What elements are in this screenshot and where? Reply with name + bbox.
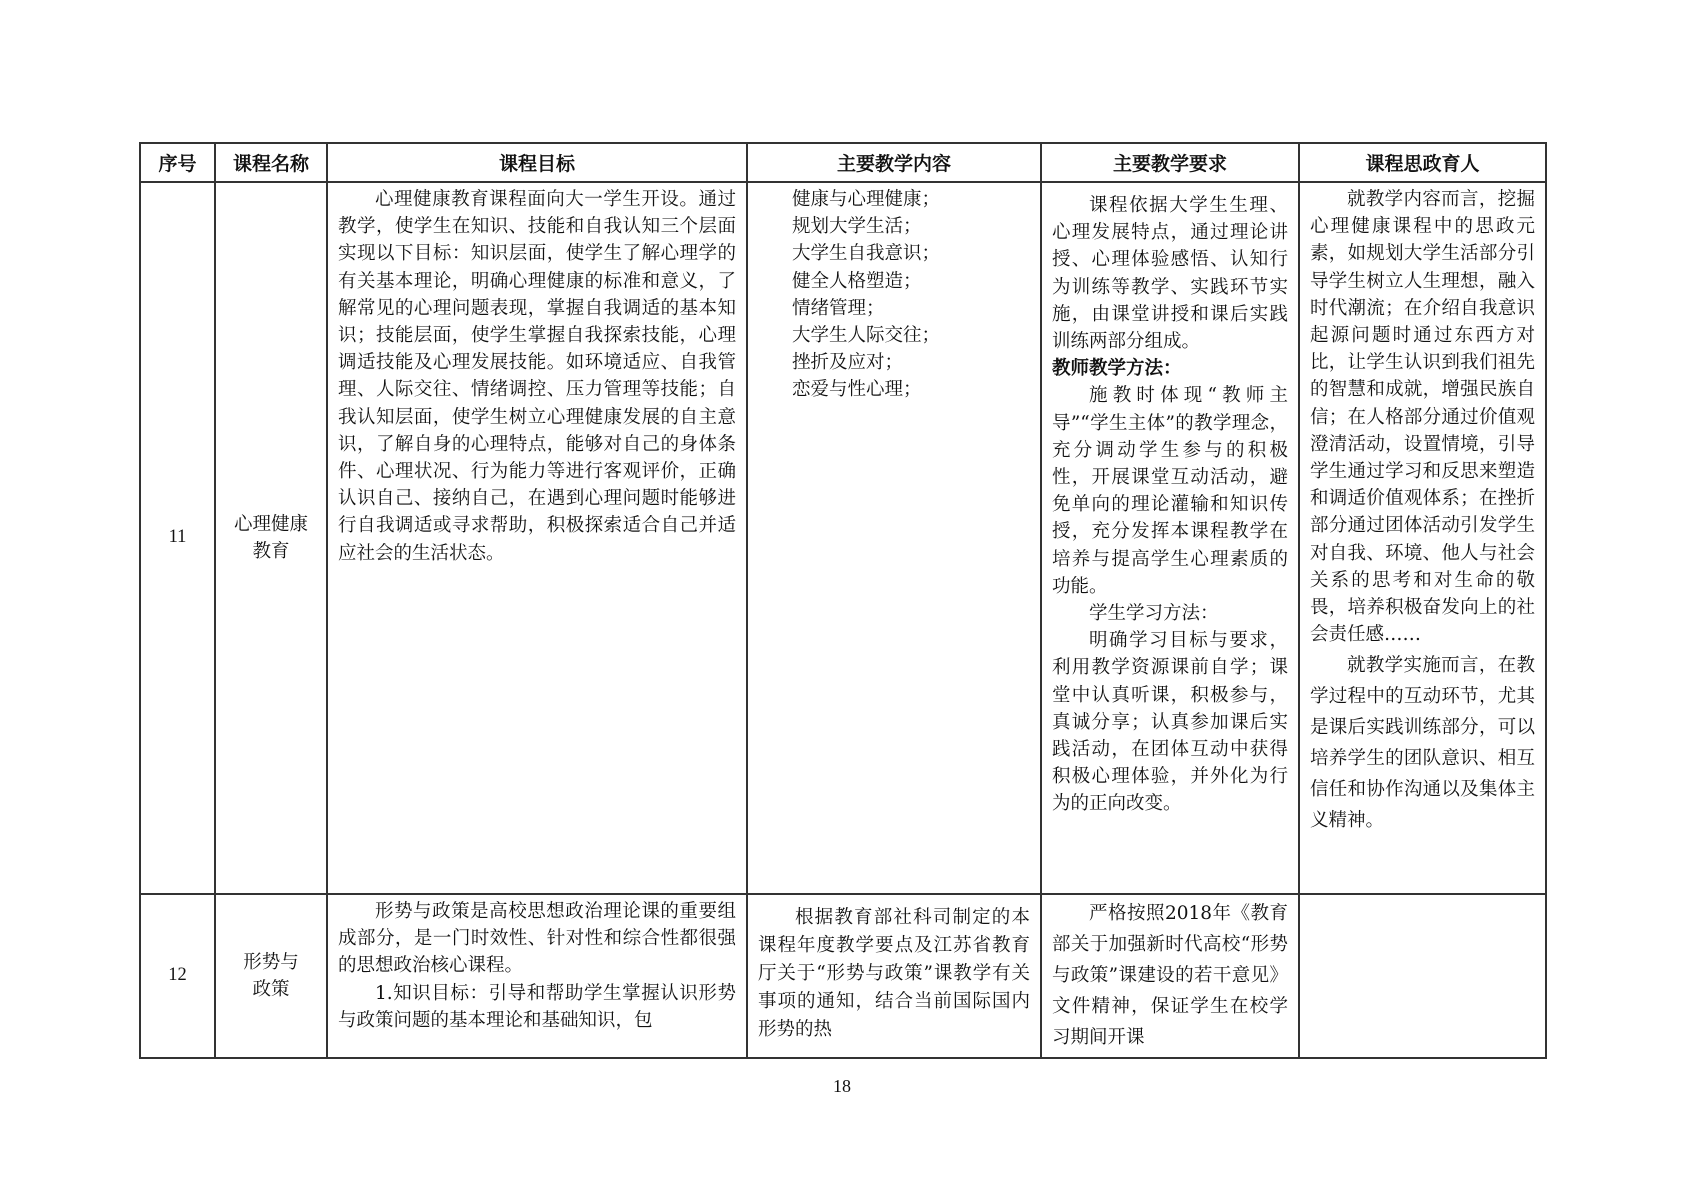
course-table: 序号 课程名称 课程目标 主要教学内容 主要教学要求 课程思政育人 11 心理健…	[139, 142, 1547, 1059]
row-number: 12	[140, 894, 215, 1058]
table-header-row: 序号 课程名称 课程目标 主要教学内容 主要教学要求 课程思政育人	[140, 143, 1546, 182]
content-item: 健全人格塑造；	[748, 268, 1030, 295]
row-requirements: 严格按照2018年《教育部关于加强新时代高校“形势与政策”课建设的若干意见》文件…	[1041, 894, 1299, 1058]
content-item: 大学生自我意识；	[748, 240, 1030, 267]
requirements-intro: 严格按照2018年《教育部关于加强新时代高校“形势与政策”课建设的若干意见》文件…	[1052, 898, 1288, 1053]
ideology-paragraph: 就教学实施而言，在教学过程中的互动环节，尤其是课后实践训练部分，可以培养学生的团…	[1310, 650, 1535, 836]
requirements-intro: 课程依据大学生生理、心理发展特点，通过理论讲授、心理体验感悟、认知行为训练等教学…	[1052, 192, 1288, 355]
student-method-text: 明确学习目标与要求，利用教学资源课前自学；课堂中认真听课，积极参与，真诚分享；认…	[1052, 627, 1288, 817]
page-number: 18	[0, 1076, 1684, 1097]
row-ideology: 就教学内容而言，挖掘心理健康课程中的思政元素，如规划大学生活部分引导学生树立人生…	[1299, 182, 1546, 894]
row-course-name: 心理健康教育	[215, 182, 327, 894]
teacher-method-text: 施教时体现“教师主导”“学生主体”的教学理念，充分调动学生参与的积极性，开展课堂…	[1052, 382, 1288, 600]
row-content: 健康与心理健康； 规划大学生活； 大学生自我意识； 健全人格塑造； 情绪管理； …	[747, 182, 1041, 894]
student-method-title: 学生学习方法：	[1052, 600, 1288, 627]
objective-paragraph: 心理健康教育课程面向大一学生开设。通过教学，使学生在知识、技能和自我认知三个层面…	[338, 186, 736, 567]
row-course-name: 形势与政策	[215, 894, 327, 1058]
row-ideology	[1299, 894, 1546, 1058]
row-objectives: 形势与政策是高校思想政治理论课的重要组成部分，是一门时效性、针对性和综合性都很强…	[327, 894, 747, 1058]
header-ideology: 课程思政育人	[1299, 143, 1546, 182]
content-item: 挫折及应对；	[748, 349, 1030, 376]
ideology-paragraph: 就教学内容而言，挖掘心理健康课程中的思政元素，如规划大学生活部分引导学生树立人生…	[1310, 186, 1535, 648]
objective-paragraph: 1.知识目标：引导和帮助学生掌握认识形势与政策问题的基本理论和基础知识，包	[338, 980, 736, 1034]
row-content: 根据教育部社科司制定的本课程年度教学要点及江苏省教育厅关于“形势与政策”课教学有…	[747, 894, 1041, 1058]
objective-paragraph: 形势与政策是高校思想政治理论课的重要组成部分，是一门时效性、针对性和综合性都很强…	[338, 898, 736, 980]
content-item: 健康与心理健康；	[748, 186, 1030, 213]
teacher-method-title: 教师教学方法：	[1052, 355, 1288, 382]
row-requirements: 课程依据大学生生理、心理发展特点，通过理论讲授、心理体验感悟、认知行为训练等教学…	[1041, 182, 1299, 894]
row-objectives: 心理健康教育课程面向大一学生开设。通过教学，使学生在知识、技能和自我认知三个层面…	[327, 182, 747, 894]
content-item: 规划大学生活；	[748, 213, 1030, 240]
header-course-name: 课程名称	[215, 143, 327, 182]
header-requirements: 主要教学要求	[1041, 143, 1299, 182]
table-row: 11 心理健康教育 心理健康教育课程面向大一学生开设。通过教学，使学生在知识、技…	[140, 182, 1546, 894]
header-objectives: 课程目标	[327, 143, 747, 182]
content-item: 大学生人际交往；	[748, 322, 1030, 349]
header-number: 序号	[140, 143, 215, 182]
content-paragraph: 根据教育部社科司制定的本课程年度教学要点及江苏省教育厅关于“形势与政策”课教学有…	[758, 904, 1030, 1044]
table-row: 12 形势与政策 形势与政策是高校思想政治理论课的重要组成部分，是一门时效性、针…	[140, 894, 1546, 1058]
row-number: 11	[140, 182, 215, 894]
content-item: 恋爱与性心理；	[748, 376, 1030, 403]
content-item: 情绪管理；	[748, 295, 1030, 322]
header-content: 主要教学内容	[747, 143, 1041, 182]
